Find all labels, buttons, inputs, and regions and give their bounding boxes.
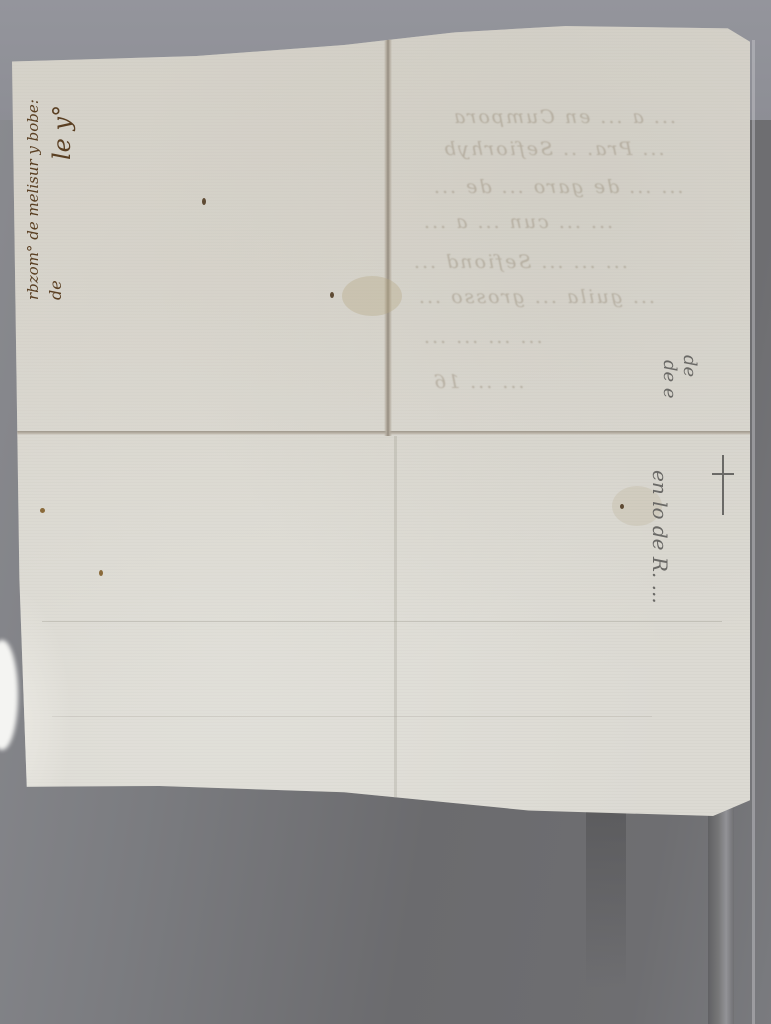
- bleed-through-line: ... Pra. .. Sefiorhyb: [442, 138, 665, 160]
- bleed-through-line: ... a ... en Cumpora: [452, 106, 676, 128]
- bleed-through-line: ... ... 16: [432, 371, 525, 393]
- paper-stain: [342, 276, 402, 316]
- bleed-through-line: ... guila ... grosso ...: [417, 286, 655, 308]
- horizontal-crease: [42, 621, 722, 622]
- edge-wear: [12, 586, 72, 816]
- bleed-through-line: ... ... ... ...: [422, 326, 543, 348]
- left-margin-inscription-line-1: rbzom° de melisur y bobe:: [24, 99, 42, 300]
- vertical-fold-line: [384, 26, 392, 436]
- manuscript-sheet: ... a ... en Cumpora ... Pra. .. Sefiorh…: [12, 26, 750, 816]
- ink-spot: [99, 570, 103, 576]
- sleeve-shadow: [586, 808, 626, 988]
- left-margin-inscription-line-3: le y°: [48, 105, 76, 160]
- bleed-through-line: ... ... ... Sefiond ...: [412, 251, 628, 273]
- upper-folded-panel: [12, 26, 750, 436]
- ink-spot: [202, 198, 206, 205]
- sleeve-edge: [708, 800, 734, 1024]
- light-glare: [0, 640, 18, 750]
- right-margin-pencil-line-1: de: [679, 355, 700, 377]
- right-margin-pencil-line-2: de e: [659, 360, 680, 399]
- ink-spot: [40, 508, 45, 513]
- horizontal-crease: [52, 716, 652, 717]
- pencil-cross-mark: [722, 455, 724, 515]
- ink-spot: [620, 504, 624, 509]
- bleed-through-line: ... ... cun ... a ...: [422, 211, 613, 233]
- right-margin-pencil-line-3: en lo de R. ...: [648, 470, 672, 604]
- left-margin-inscription-line-2: de: [46, 280, 65, 300]
- bleed-through-line: ... ... de garo ... de ...: [432, 176, 684, 198]
- ink-spot: [330, 292, 334, 298]
- horizontal-fold-line: [12, 431, 750, 435]
- sleeve-edge-line: [752, 40, 755, 1024]
